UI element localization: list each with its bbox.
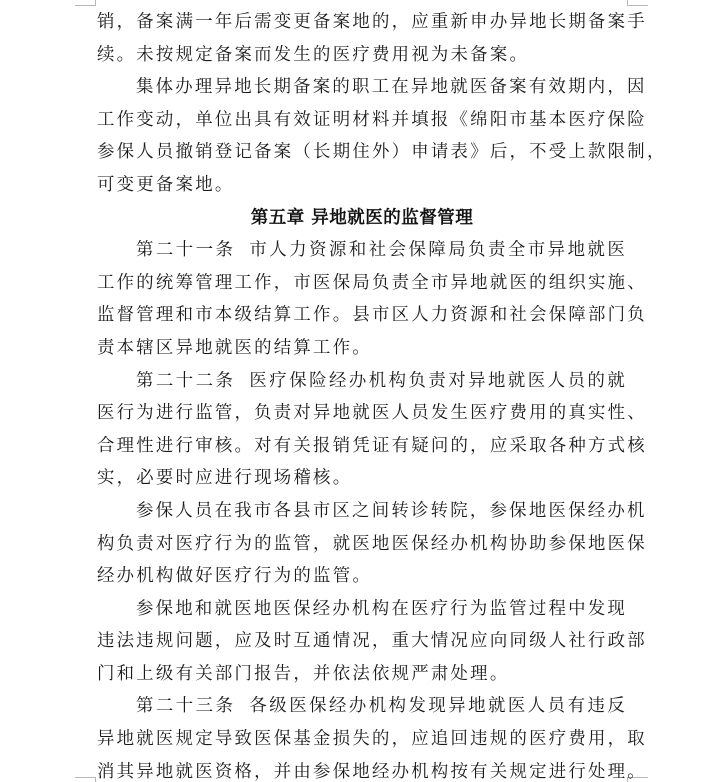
article-text: 各级医保经办机构发现异地就医人员有违反 [249, 696, 627, 716]
text-line: 异地就医规定导致医保基金损失的，应追回违规的医疗费用，取 [97, 723, 627, 756]
text-line: 续。未按规定备案而发生的医疗费用视为未备案。 [97, 39, 627, 72]
text-line: 参保地和就医地医保经办机构在医疗行为监管过程中发现 [97, 593, 627, 626]
text-line: 第二十一条市人力资源和社会保障局负责全市异地就医 [97, 234, 627, 267]
crop-mark-bottom-left [75, 777, 96, 782]
article-text: 市人力资源和社会保障局负责全市异地就医 [249, 240, 627, 260]
text-line: 实，必要时应进行现场稽核。 [97, 462, 627, 495]
text-line: 可变更备案地。 [97, 169, 627, 202]
paragraph-collective-filing: 集体办理异地长期备案的职工在异地就医备案有效期内，因 工作变动，单位出具有效证明… [97, 71, 627, 201]
crop-mark-top-left [75, 0, 96, 6]
text-line: 参保人员在我市各县市区之间转诊转院，参保地医保经办机 [97, 495, 627, 528]
text-line: 销，备案满一年后需变更备案地的，应重新申办异地长期备案手 [97, 6, 627, 39]
text-line: 经办机构做好医疗行为的监管。 [97, 560, 627, 593]
article-23: 第二十三条各级医保经办机构发现异地就医人员有违反 异地就医规定导致医保基金损失的… [97, 690, 627, 782]
text-line: 第二十二条医疗保险经办机构负责对异地就医人员的就 [97, 365, 627, 398]
text-line: 消其异地就医资格，并由参保地经办机构按有关规定进行处理。 [97, 756, 627, 782]
article-22-paragraph-2: 参保人员在我市各县市区之间转诊转院，参保地医保经办机 构负责对医疗行为的监管，就… [97, 495, 627, 593]
text-line: 合理性进行审核。对有关报销凭证有疑问的，应采取各种方式核 [97, 430, 627, 463]
document-page: 销，备案满一年后需变更备案地的，应重新申办异地长期备案手 续。未按规定备案而发生… [0, 0, 713, 782]
article-label: 第二十三条 [136, 696, 235, 716]
text-line: 集体办理异地长期备案的职工在异地就医备案有效期内，因 [97, 71, 627, 104]
text-line: 工作变动，单位出具有效证明材料并填报《绵阳市基本医疗保险 [97, 104, 627, 137]
crop-mark-top-right [627, 0, 648, 6]
text-line: 违法违规问题，应及时互通情况，重大情况应向同级人社行政部 [97, 625, 627, 658]
chapter-heading: 第五章 异地就医的监督管理 [97, 202, 627, 235]
article-22-paragraph-3: 参保地和就医地医保经办机构在医疗行为监管过程中发现 违法违规问题，应及时互通情况… [97, 593, 627, 691]
article-text: 医疗保险经办机构负责对异地就医人员的就 [249, 371, 627, 391]
text-line: 参保人员撤销登记备案（长期住外）申请表》后，不受上款限制， [97, 136, 627, 169]
article-22: 第二十二条医疗保险经办机构负责对异地就医人员的就 医行为进行监管，负责对异地就医… [97, 365, 627, 495]
text-line: 责本辖区异地就医的结算工作。 [97, 332, 627, 365]
article-21: 第二十一条市人力资源和社会保障局负责全市异地就医 工作的统筹管理工作，市医保局负… [97, 234, 627, 364]
text-line: 构负责对医疗行为的监管，就医地医保经办机构协助参保地医保 [97, 528, 627, 561]
paragraph-continued: 销，备案满一年后需变更备案地的，应重新申办异地长期备案手 续。未按规定备案而发生… [97, 6, 627, 71]
article-label: 第二十一条 [136, 240, 235, 260]
text-line: 工作的统筹管理工作，市医保局负责全市异地就医的组织实施、 [97, 267, 627, 300]
document-body: 销，备案满一年后需变更备案地的，应重新申办异地长期备案手 续。未按规定备案而发生… [97, 6, 627, 782]
article-label: 第二十二条 [136, 371, 235, 391]
text-line: 第二十三条各级医保经办机构发现异地就医人员有违反 [97, 690, 627, 723]
text-line: 监督管理和市本级结算工作。县市区人力资源和社会保障部门负 [97, 299, 627, 332]
text-line: 门和上级有关部门报告，并依法依规严肃处理。 [97, 658, 627, 691]
text-line: 医行为进行监管，负责对异地就医人员发生医疗费用的真实性、 [97, 397, 627, 430]
